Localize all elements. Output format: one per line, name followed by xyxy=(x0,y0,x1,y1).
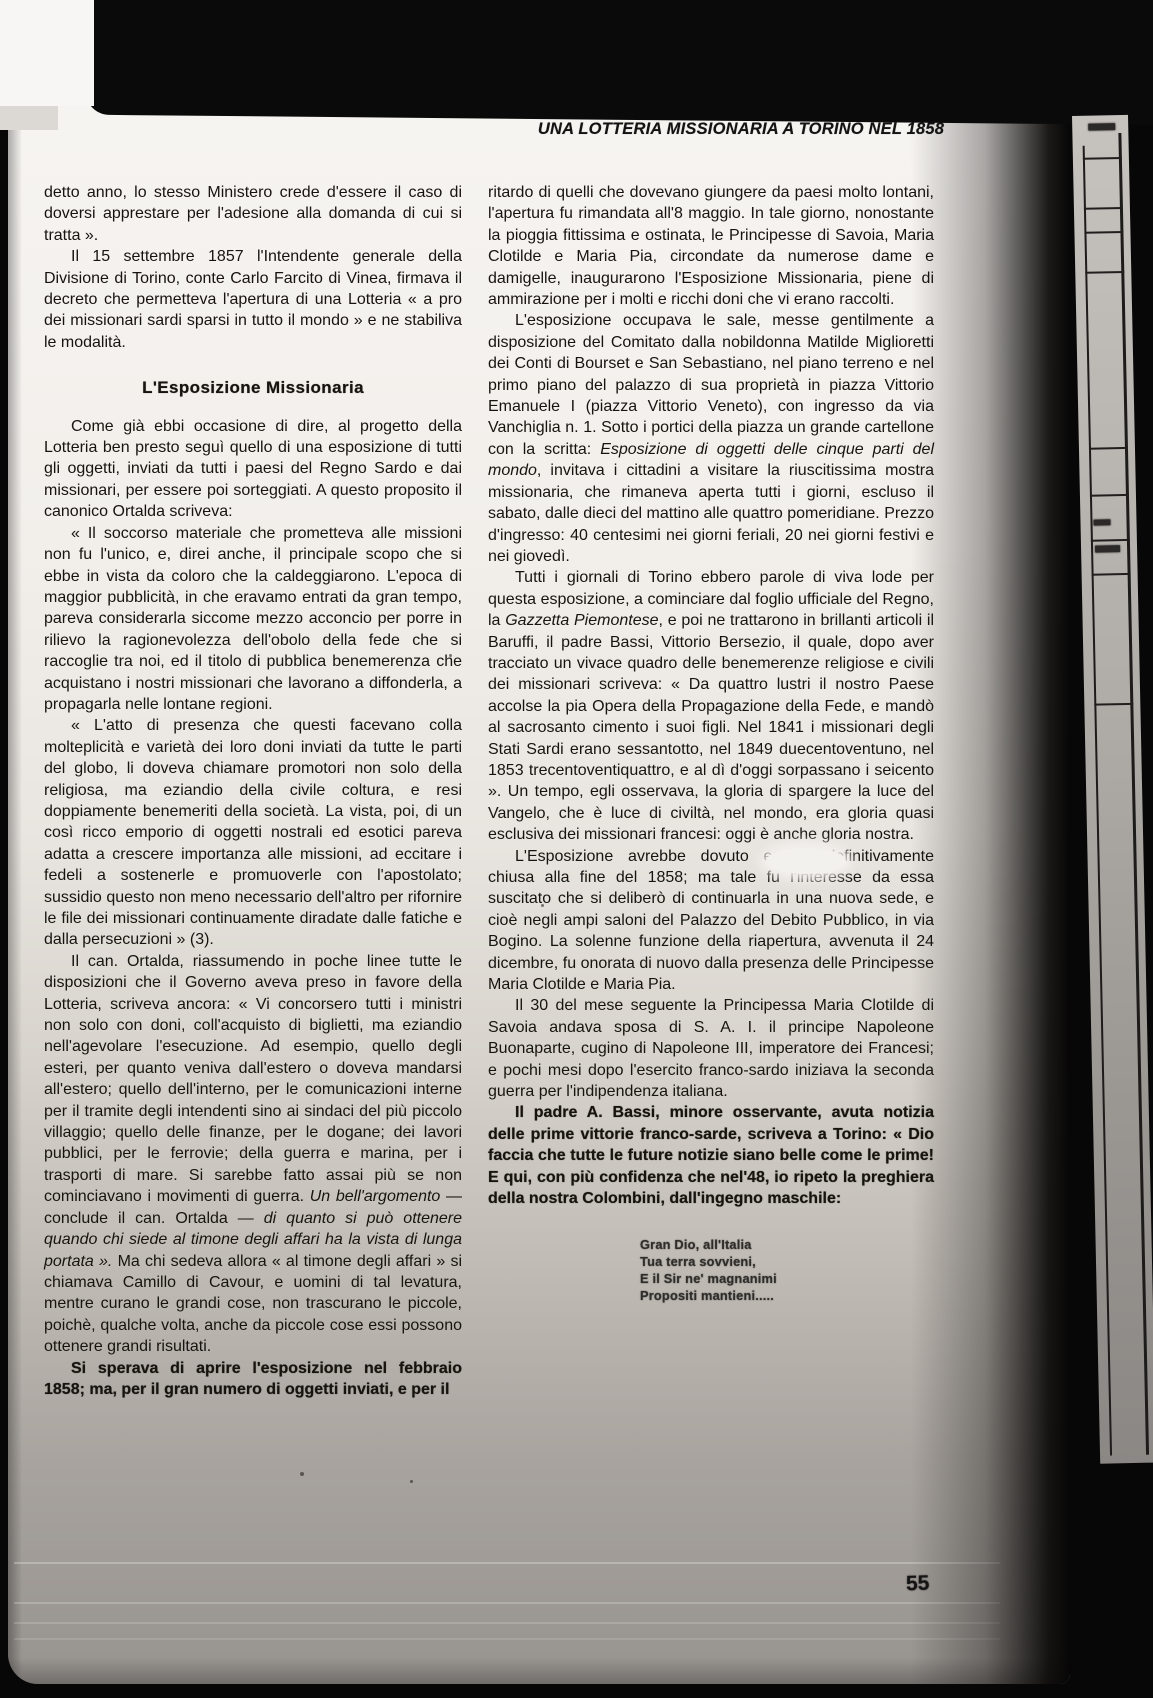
table-rule-horizontal xyxy=(1094,703,1133,706)
scan-streak xyxy=(14,1638,1000,1640)
paragraph: Come già ebbi occasione di dire, al prog… xyxy=(44,416,462,523)
right-column: ritardo di quelli che dovevano giungere … xyxy=(488,182,934,1400)
paragraph: Il 30 del mese seguente la Principessa M… xyxy=(488,995,934,1102)
verse-line: Gran Dio, all'Italia xyxy=(640,1236,934,1253)
paragraph: Il 15 settembre 1857 l'Intendente genera… xyxy=(44,246,462,353)
table-rule-horizontal xyxy=(1084,231,1123,234)
paragraph: Tutti i giornali di Torino ebbero parole… xyxy=(488,567,934,845)
text-columns: detto anno, lo stesso Ministero crede d'… xyxy=(44,182,936,1400)
scan-streak xyxy=(14,1562,1000,1564)
paragraph: « L'atto di presenza che questi facevano… xyxy=(44,715,462,950)
table-rule-horizontal xyxy=(1090,494,1129,497)
table-rule-horizontal xyxy=(1091,539,1130,542)
paragraph: Il padre A. Bassi, minore osservante, av… xyxy=(488,1102,934,1209)
table-rule-vertical xyxy=(1083,146,1112,1456)
paper-speck xyxy=(449,654,452,657)
table-rule-horizontal xyxy=(1085,271,1124,274)
verse-line: Propositi mantieni..... xyxy=(640,1287,934,1304)
paragraph: detto anno, lo stesso Ministero crede d'… xyxy=(44,182,462,246)
paragraph: ritardo di quelli che dovevano giungere … xyxy=(488,182,934,310)
left-column: detto anno, lo stesso Ministero crede d'… xyxy=(44,182,462,1400)
scan-top-shadow xyxy=(85,0,1153,125)
paragraph: Il can. Ortalda, riassumendo in poche li… xyxy=(44,951,462,1358)
paper-speck xyxy=(300,1472,304,1476)
verse-quote: Gran Dio, all'ItaliaTua terra sovvieni,E… xyxy=(640,1236,934,1304)
illegible-marks xyxy=(1093,519,1110,525)
adjacent-page-edge xyxy=(1072,115,1153,1464)
paragraph: L'esposizione occupava le sale, messe ge… xyxy=(488,310,934,567)
table-rule-horizontal xyxy=(1089,447,1128,450)
verse-line: Tua terra sovvieni, xyxy=(640,1253,934,1270)
illegible-marks xyxy=(1095,545,1120,553)
scanned-page: UNA LOTTERIA MISSIONARIA A TORINO NEL 18… xyxy=(8,106,1070,1684)
scan-streak xyxy=(14,1622,1000,1624)
paper-speck xyxy=(541,904,544,907)
paper-speck xyxy=(410,1480,413,1483)
paragraph: Si sperava di aprire l'esposizione nel f… xyxy=(44,1358,462,1401)
illegible-marks xyxy=(1088,123,1115,131)
paragraph: « Il soccorso materiale che prometteva a… xyxy=(44,523,462,716)
table-rule-horizontal xyxy=(1083,157,1122,160)
page-number: 55 xyxy=(906,1572,930,1597)
section-heading: L'Esposizione Missionaria xyxy=(44,377,462,398)
scan-streak xyxy=(14,1602,1000,1604)
paragraph: L'Esposizione avrebbe dovuto essere defi… xyxy=(488,846,934,996)
table-rule-horizontal xyxy=(1084,207,1123,210)
table-rule-vertical xyxy=(1118,133,1149,1455)
scan-corner-wedge xyxy=(0,106,58,130)
running-header: UNA LOTTERIA MISSIONARIA A TORINO NEL 18… xyxy=(536,120,946,139)
table-rule-horizontal xyxy=(1092,573,1131,576)
print-defect-blotch xyxy=(766,848,846,874)
scan-corner-artifact xyxy=(0,0,94,106)
verse-line: E il Sir ne' magnanimi xyxy=(640,1270,934,1287)
